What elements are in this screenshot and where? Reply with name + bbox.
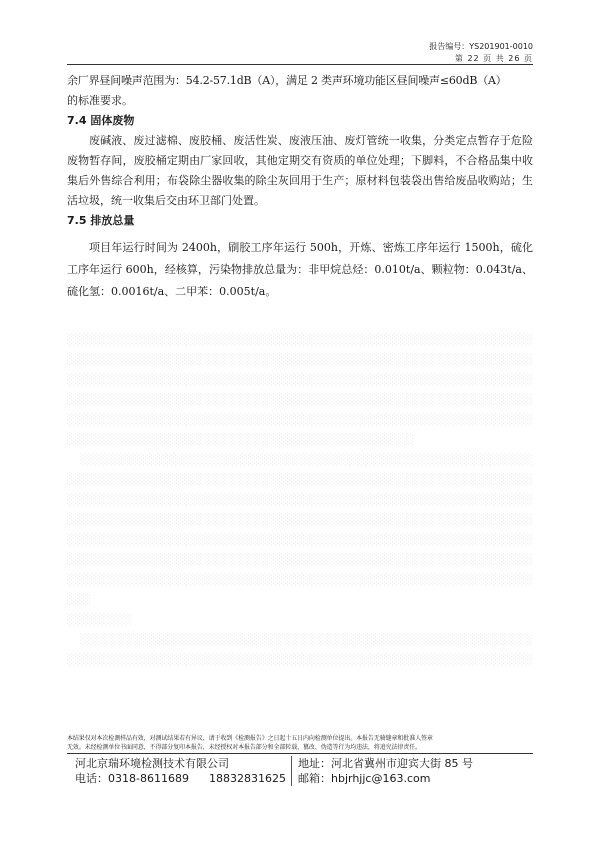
address-label: 地址： xyxy=(298,757,331,770)
disclaimer-line-2: 无效。未经检测单位书面同意，不得部分复印本报告，未经授权对本报告部分和全部转载、… xyxy=(67,743,533,752)
total-emissions-paragraph: 项目年运行时间为 2400h，刷胶工序年运行 500h，开炼、密炼工序年运行 1… xyxy=(67,237,533,303)
noise-result-line-continued: 的标准要求。 xyxy=(67,91,533,111)
noise-result-line: 余厂界昼间噪声范围为：54.2-57.1dB（A），满足 2 类声环境功能区昼间… xyxy=(67,71,533,91)
company-contact-block: 河北京瑞环境检测技术有限公司 电话：0318-86116891883283162… xyxy=(67,756,533,786)
report-header: 报告编号：YS201901-0010 第 22 页 共 26 页 xyxy=(429,41,533,65)
report-footer: 本结果仅对本次检测样品有效，对测试结果若有异议，请于收到《检测报告》之日起十五日… xyxy=(67,734,533,786)
email-row: 邮箱：hbjrhjjc@163.com xyxy=(298,771,473,786)
phone-label: 电话： xyxy=(75,772,108,785)
reverse-side-bleed-through: ░░░░░░░░░░░░░░░░░░░░░░░░░░░░░░░░░░░░░░░░… xyxy=(67,330,533,710)
report-number-label: 报告编号： xyxy=(429,42,469,51)
phone-row: 电话：0318-861168918832831625 xyxy=(75,771,285,786)
phone-number-2: 18832831625 xyxy=(209,772,286,785)
contact-left-column: 河北京瑞环境检测技术有限公司 电话：0318-86116891883283162… xyxy=(67,756,292,786)
phone-number-1: 0318-8611689 xyxy=(108,772,189,785)
company-name: 河北京瑞环境检测技术有限公司 xyxy=(75,756,285,771)
legal-disclaimer: 本结果仅对本次检测样品有效，对测试结果若有异议，请于收到《检测报告》之日起十五日… xyxy=(67,734,533,754)
address-row: 地址：河北省冀州市迎宾大街 85 号 xyxy=(298,756,473,771)
report-number-value: YS201901-0010 xyxy=(469,42,533,51)
solid-waste-paragraph: 废碱液、废过滤棉、废胶桶、废活性炭、废液压油、废灯管统一收集，分类定点暂存于危险… xyxy=(67,131,533,211)
address-value: 河北省冀州市迎宾大街 85 号 xyxy=(331,757,473,770)
contact-right-column: 地址：河北省冀州市迎宾大街 85 号 邮箱：hbjrhjjc@163.com xyxy=(292,756,473,786)
disclaimer-line-1: 本结果仅对本次检测样品有效，对测试结果若有异议，请于收到《检测报告》之日起十五日… xyxy=(67,734,533,743)
section-heading-total-emissions: 7.5 排放总量 xyxy=(67,211,533,231)
document-body: 余厂界昼间噪声范围为：54.2-57.1dB（A），满足 2 类声环境功能区昼间… xyxy=(67,71,533,303)
section-heading-solid-waste: 7.4 固体废物 xyxy=(67,111,533,131)
email-label: 邮箱： xyxy=(298,772,331,785)
email-value: hbjrhjjc@163.com xyxy=(331,772,430,785)
report-number: 报告编号：YS201901-0010 xyxy=(429,41,533,53)
header-divider xyxy=(67,64,533,65)
